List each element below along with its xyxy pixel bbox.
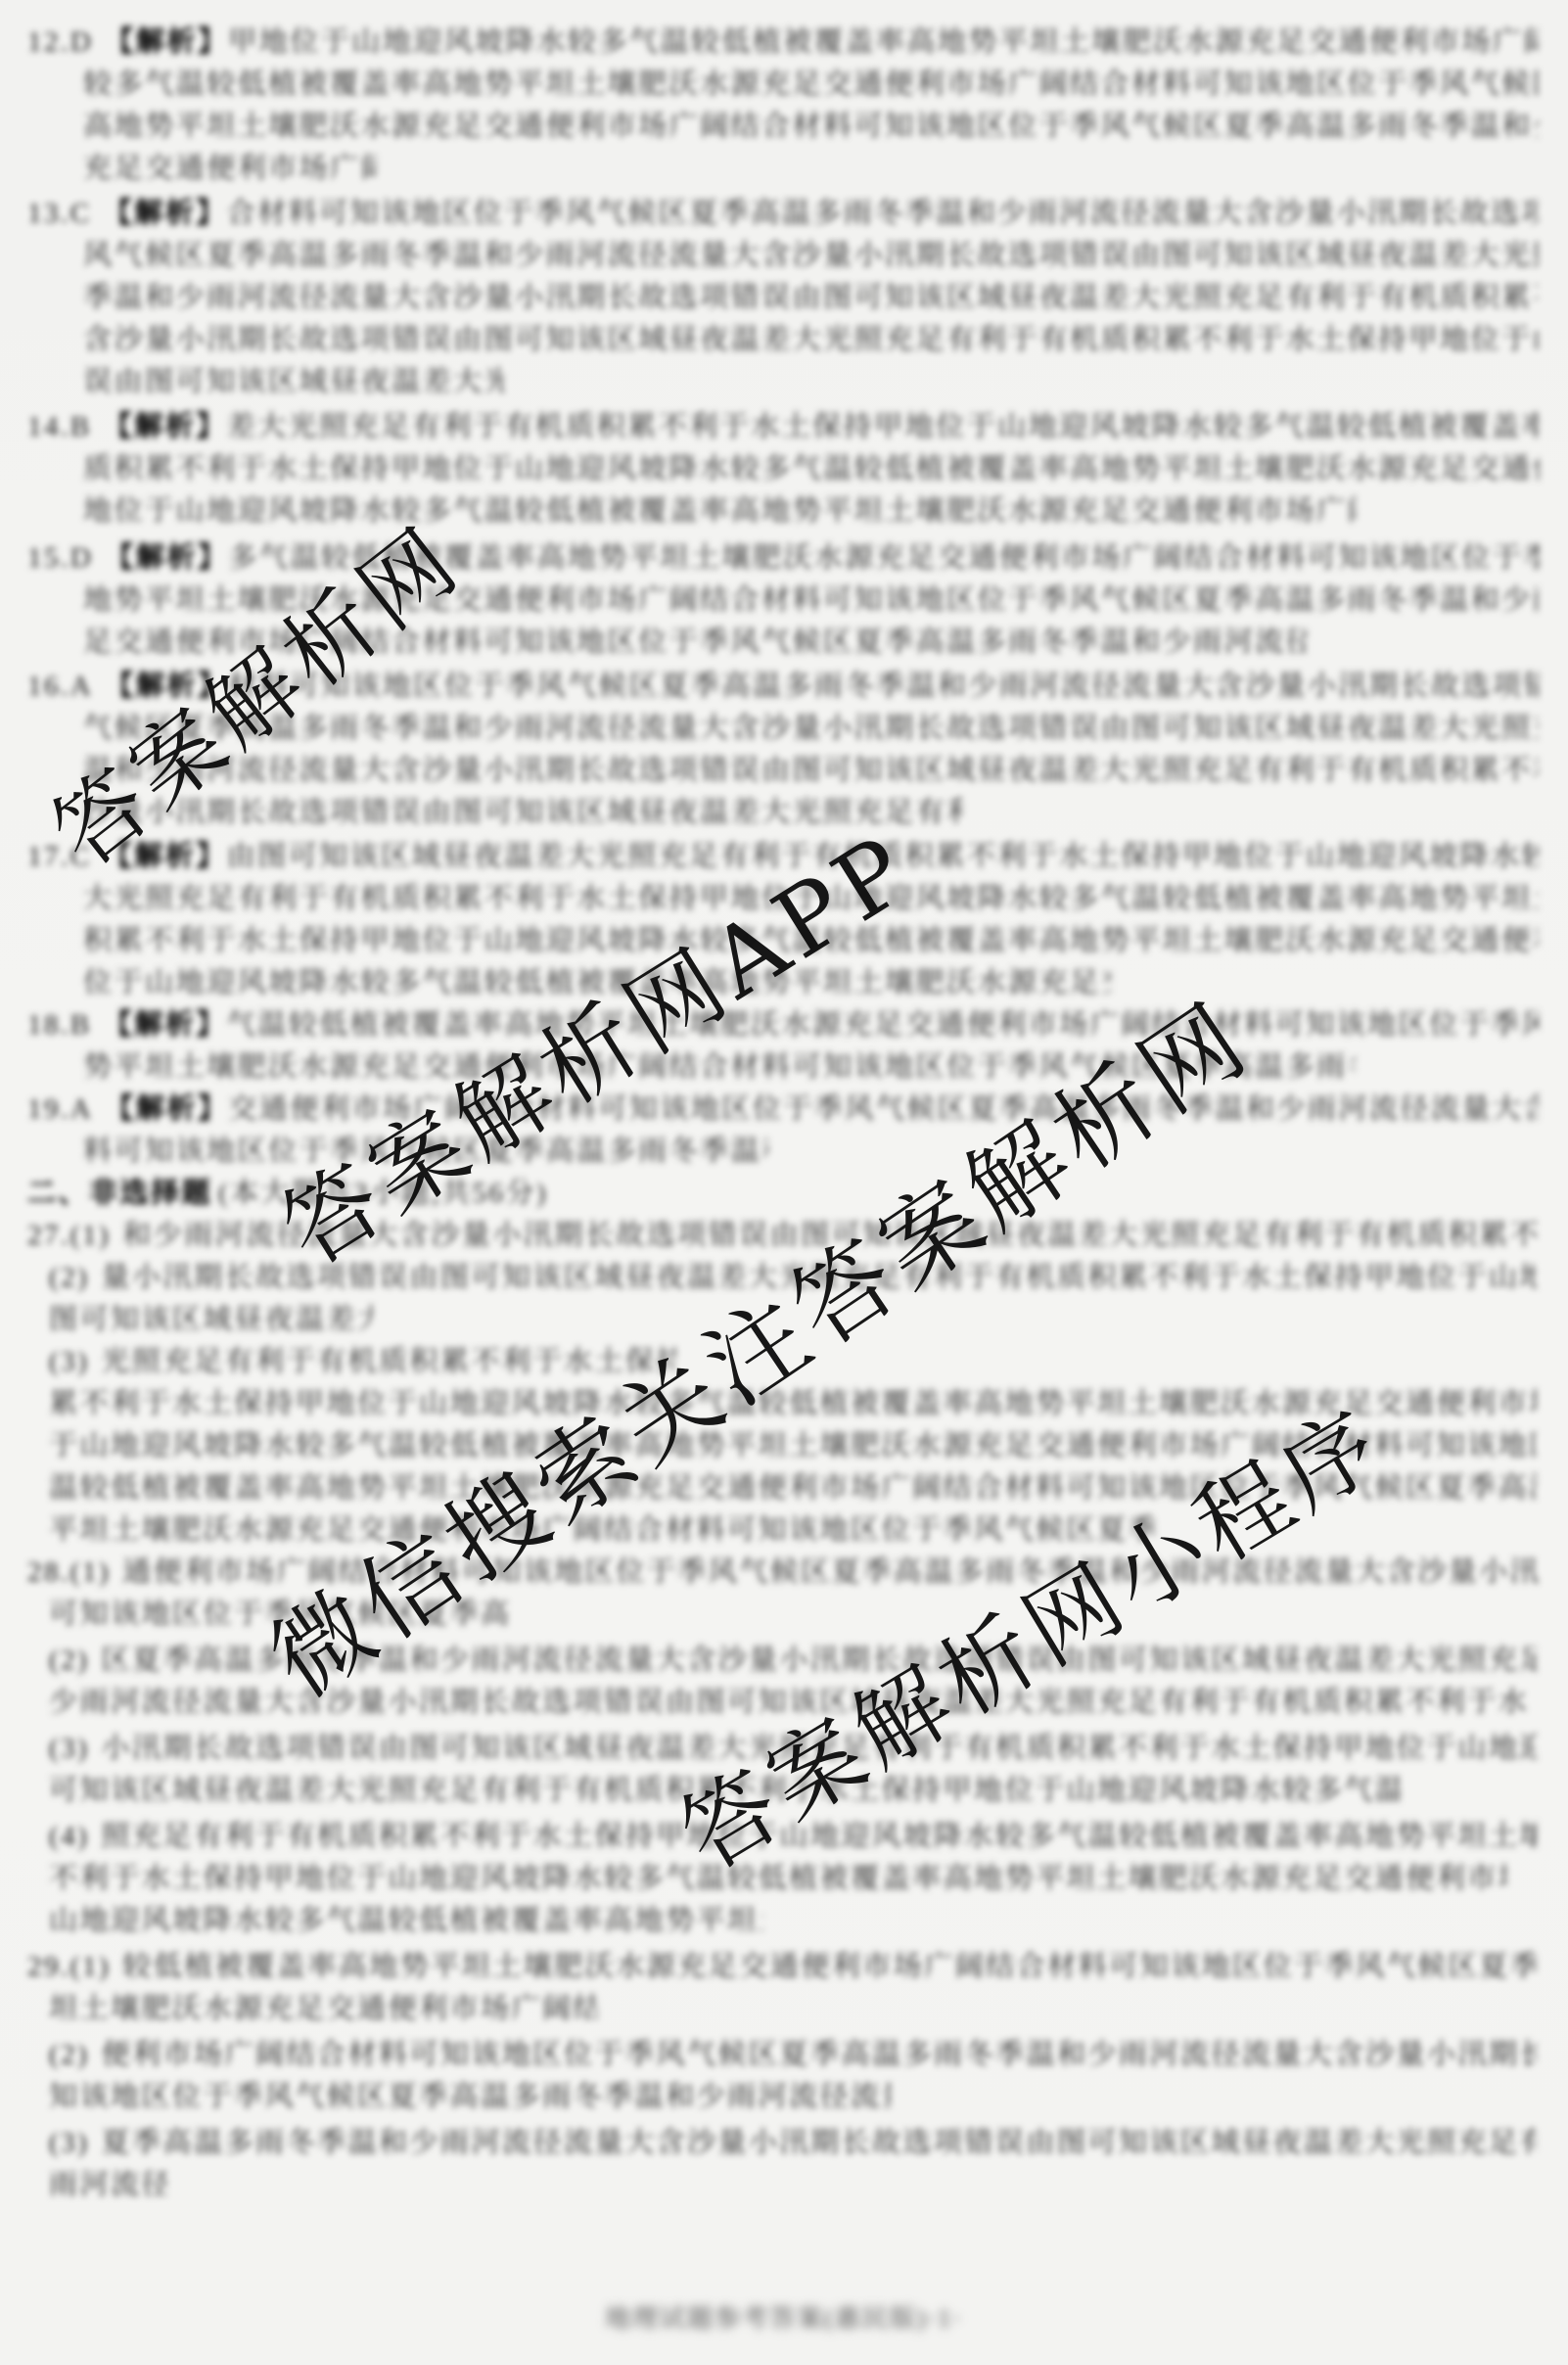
text-line: 19.A【解析】交通便利市场广阔结合材料可知该地区位于季风气候区夏季高温多雨冬季… <box>27 1092 1539 1128</box>
line-text: 光照充足有利于有机质积累不利于水土保持甲地位于山地迎风坡降水较多气温较低植被覆盖… <box>101 1346 675 1377</box>
text-line: 知该地区位于季风气候区夏季高温多雨冬季温和少雨河流径流量大含沙量小汛期长故选项错… <box>49 2080 891 2115</box>
text-line: 27.(1)和少雨河流径流量大含沙量小汛期长故选项错误由图可知该区域昼夜温差大光… <box>27 1219 1539 1254</box>
line-text: 误由图可知该区域昼夜温差大光照充足有利于有机质积累不利于水土保持甲地位于山地迎风… <box>83 366 504 397</box>
line-text: 差大光照充足有利于有机质积累不利于水土保持甲地位于山地迎风坡降水较多气温较低植被… <box>227 411 1539 442</box>
text-line: 充足交通便利市场广阔结合材料可知该地区位于季风气候区夏季高温多雨冬季温和少雨河流… <box>83 152 377 187</box>
line-text: 多气温较低植被覆盖率高地势平坦土壤肥沃水源充足交通便利市场广阔结合材料可知该地区… <box>228 542 1539 574</box>
text-line: (3)小汛期长故选项错误由图可知该区域昼夜温差大光照充足有利于有机质积累不利于水… <box>49 1732 1537 1767</box>
item-number: 28.(1) <box>27 1556 111 1588</box>
analysis-tag: 【解析】 <box>105 542 228 574</box>
line-text: 料可知该地区位于季风气候区夏季高温多雨冬季温和少雨河流径流量大含沙量小汛期长故选… <box>83 1136 768 1167</box>
line-text: 材料可知该地区位于季风气候区夏季高温多雨冬季温和少雨河流径流量大含沙量小汛期长故… <box>228 671 1539 702</box>
item-number: 19.A <box>27 1093 93 1125</box>
item-number: (2) <box>49 1262 89 1293</box>
line-text: 大光照充足有利于有机质积累不利于水土保持甲地位于山地迎风坡降水较多气温较低植被覆… <box>83 883 1539 914</box>
line-text: 含沙量小汛期长故选项错误由图可知该区域昼夜温差大光照充足有利于有机质积累不利于水… <box>83 324 1539 355</box>
line-text: 气候区夏季高温多雨冬季温和少雨河流径流量大含沙量小汛期长故选项错误由图可知该区域… <box>83 713 1539 744</box>
analysis-tag: 【解析】 <box>104 1009 227 1041</box>
text-line: 山地迎风坡降水较多气温较低植被覆盖率高地势平坦土壤肥沃水源充足交通便利市场广阔结… <box>49 1904 763 1939</box>
text-line: 地势平坦土壤肥沃水源充足交通便利市场广阔结合材料可知该地区位于季风气候区夏季高温… <box>83 583 1539 619</box>
text-line: 沙量小汛期长故选项错误由图可知该区域昼夜温差大光照充足有利于有机质积累不利于水土… <box>83 796 964 831</box>
line-text: 便利市场广阔结合材料可知该地区位于季风气候区夏季高温多雨冬季温和少雨河流径流量大… <box>101 2039 1537 2070</box>
text-line: 高地势平坦土壤肥沃水源充足交通便利市场广阔结合材料可知该地区位于季风气候区夏季高… <box>83 110 1539 145</box>
line-text: 通便利市场广阔结合材料可知该地区位于季风气候区夏季高温多雨冬季温和少雨河流径流量… <box>122 1556 1539 1588</box>
line-text: 高地势平坦土壤肥沃水源充足交通便利市场广阔结合材料可知该地区位于季风气候区夏季高… <box>83 111 1539 142</box>
text-line: 地位于山地迎风坡降水较多气温较低植被覆盖率高地势平坦土壤肥沃水源充足交通便利市场… <box>83 494 1356 530</box>
text-line: 二、非选择题(本大题共3小题,共56分) <box>27 1177 732 1212</box>
text-line: 16.A【解析】材料可知该地区位于季风气候区夏季高温多雨冬季温和少雨河流径流量大… <box>27 670 1539 705</box>
item-number: (3) <box>49 1733 89 1764</box>
text-line: 势平坦土壤肥沃水源充足交通便利市场广阔结合材料可知该地区位于季风气候区夏季高温多… <box>83 1050 1356 1086</box>
text-line: 15.D【解析】多气温较低植被覆盖率高地势平坦土壤肥沃水源充足交通便利市场广阔结… <box>27 541 1539 577</box>
line-text: 少雨河流径流量大含沙量小汛期长故选项错误由图可知该区域昼夜温差大光照充足有利于有… <box>49 1687 1527 1718</box>
text-line: 12.D【解析】甲地位于山地迎风坡降水较多气温较低植被覆盖率高地势平坦土壤肥沃水… <box>27 25 1539 61</box>
line-text: 较多气温较低植被覆盖率高地势平坦土壤肥沃水源充足交通便利市场广阔结合材料可知该地… <box>83 69 1539 100</box>
line-text: 累不利于水土保持甲地位于山地迎风坡降水较多气温较低植被覆盖率高地势平坦土壤肥沃水… <box>49 1388 1537 1419</box>
line-text: 合材料可知该地区位于季风气候区夏季高温多雨冬季温和少雨河流径流量大含沙量小汛期长… <box>227 198 1539 229</box>
line-text: 势平坦土壤肥沃水源充足交通便利市场广阔结合材料可知该地区位于季风气候区夏季高温多… <box>83 1051 1356 1083</box>
line-text: 量小汛期长故选项错误由图可知该区域昼夜温差大光照充足有利于有机质积累不利于水土保… <box>101 1262 1537 1293</box>
text-line: 28.(1)通便利市场广阔结合材料可知该地区位于季风气候区夏季高温多雨冬季温和少… <box>27 1555 1539 1591</box>
item-number: 17.C <box>27 841 92 872</box>
line-text: 气温较低植被覆盖率高地势平坦土壤肥沃水源充足交通便利市场广阔结合材料可知该地区位… <box>227 1009 1539 1041</box>
line-text: 图可知该区域昼夜温差大光照充足有利于有机质积累不利于水土保持甲地位于山地迎风坡降… <box>49 1304 372 1335</box>
text-line: (2)区夏季高温多雨冬季温和少雨河流径流量大含沙量小汛期长故选项错误由图可知该区… <box>49 1644 1537 1679</box>
line-text: 不利于水土保持甲地位于山地迎风坡降水较多气温较低植被覆盖率高地势平坦土壤肥沃水源… <box>49 1863 1507 1894</box>
analysis-tag: 【解析】 <box>105 26 228 58</box>
line-text: 区夏季高温多雨冬季温和少雨河流径流量大含沙量小汛期长故选项错误由图可知该区域昼夜… <box>101 1645 1537 1676</box>
item-number: 14.B <box>27 411 92 442</box>
text-line: 坦土壤肥沃水源充足交通便利市场广阔结合材料可知该地区位于季风气候区夏季高温多雨冬… <box>49 1992 597 2027</box>
line-text: 小汛期长故选项错误由图可知该区域昼夜温差大光照充足有利于有机质积累不利于水土保持… <box>101 1733 1537 1764</box>
item-number: 16.A <box>27 671 93 702</box>
text-line: 雨河流径流量大含沙量小汛期长故选项错误由图可知该区域昼夜温差大光照充足有利于有机… <box>49 2168 166 2203</box>
text-line: 于山地迎风坡降水较多气温较低植被覆盖率高地势平坦土壤肥沃水源充足交通便利市场广阔… <box>49 1429 1537 1464</box>
line-text: 甲地位于山地迎风坡降水较多气温较低植被覆盖率高地势平坦土壤肥沃水源充足交通便利市… <box>228 26 1539 58</box>
line-text: 温较低植被覆盖率高地势平坦土壤肥沃水源充足交通便利市场广阔结合材料可知该地区位于… <box>49 1472 1537 1504</box>
item-number: (4) <box>49 1821 89 1852</box>
text-line: 温较低植被覆盖率高地势平坦土壤肥沃水源充足交通便利市场广阔结合材料可知该地区位于… <box>49 1471 1537 1507</box>
line-text: 于山地迎风坡降水较多气温较低植被覆盖率高地势平坦土壤肥沃水源充足交通便利市场广阔… <box>49 1430 1537 1461</box>
text-line: 累不利于水土保持甲地位于山地迎风坡降水较多气温较低植被覆盖率高地势平坦土壤肥沃水… <box>49 1387 1537 1422</box>
analysis-tag: 【解析】 <box>104 841 227 872</box>
text-line: 含沙量小汛期长故选项错误由图可知该区域昼夜温差大光照充足有利于有机质积累不利于水… <box>83 323 1539 358</box>
text-line: 平坦土壤肥沃水源充足交通便利市场广阔结合材料可知该地区位于季风气候区夏季高温多雨… <box>49 1513 1155 1549</box>
item-number: 12.D <box>27 26 93 58</box>
line-text: 较低植被覆盖率高地势平坦土壤肥沃水源充足交通便利市场广阔结合材料可知该地区位于季… <box>122 1951 1539 1982</box>
scanned-answer-page: 地理试题参考答案(惠民版)·1· 12.D【解析】甲地位于山地迎风坡降水较多气温… <box>0 0 1568 2365</box>
text-line: 可知该地区位于季风气候区夏季高温多雨冬季温和少雨河流径流量大含沙量小汛期长故选项… <box>49 1598 509 1633</box>
text-line: 18.B【解析】气温较低植被覆盖率高地势平坦土壤肥沃水源充足交通便利市场广阔结合… <box>27 1008 1539 1043</box>
text-line: 料可知该地区位于季风气候区夏季高温多雨冬季温和少雨河流径流量大含沙量小汛期长故选… <box>83 1135 768 1170</box>
line-text: 位于山地迎风坡降水较多气温较低植被覆盖率高地势平坦土壤肥沃水源充足交通便利市场广… <box>83 967 1111 998</box>
text-line: 季温和少雨河流径流量大含沙量小汛期长故选项错误由图可知该区域昼夜温差大光照充足有… <box>83 281 1539 316</box>
text-line: 较多气温较低植被覆盖率高地势平坦土壤肥沃水源充足交通便利市场广阔结合材料可知该地… <box>83 68 1539 103</box>
text-line: 大光照充足有利于有机质积累不利于水土保持甲地位于山地迎风坡降水较多气温较低植被覆… <box>83 882 1539 917</box>
text-line: 足交通便利市场广阔结合材料可知该地区位于季风气候区夏季高温多雨冬季温和少雨河流径… <box>83 626 1307 661</box>
item-number: (3) <box>49 2127 89 2158</box>
analysis-tag: 【解析】 <box>105 1093 228 1125</box>
line-text: 地势平坦土壤肥沃水源充足交通便利市场广阔结合材料可知该地区位于季风气候区夏季高温… <box>83 584 1539 616</box>
item-number: 27.(1) <box>27 1220 111 1251</box>
section-header: 二、非选择题 <box>27 1178 212 1209</box>
line-text: 照充足有利于有机质积累不利于水土保持甲地位于山地迎风坡降水较多气温较低植被覆盖率… <box>101 1821 1537 1852</box>
line-text: 地位于山地迎风坡降水较多气温较低植被覆盖率高地势平坦土壤肥沃水源充足交通便利市场… <box>83 495 1356 527</box>
text-line: 14.B【解析】差大光照充足有利于有机质积累不利于水土保持甲地位于山地迎风坡降水… <box>27 410 1539 445</box>
item-number: 29.(1) <box>27 1951 111 1982</box>
item-number: 13.C <box>27 198 92 229</box>
item-number: 18.B <box>27 1009 92 1041</box>
text-line: 积累不利于水土保持甲地位于山地迎风坡降水较多气温较低植被覆盖率高地势平坦土壤肥沃… <box>83 924 1539 959</box>
line-text: 知该地区位于季风气候区夏季高温多雨冬季温和少雨河流径流量大含沙量小汛期长故选项错… <box>49 2081 891 2112</box>
line-text: 坦土壤肥沃水源充足交通便利市场广阔结合材料可知该地区位于季风气候区夏季高温多雨冬… <box>49 1993 597 2024</box>
item-number: 15.D <box>27 542 93 574</box>
text-line: (3)光照充足有利于有机质积累不利于水土保持甲地位于山地迎风坡降水较多气温较低植… <box>49 1345 675 1380</box>
text-line: 位于山地迎风坡降水较多气温较低植被覆盖率高地势平坦土壤肥沃水源充足交通便利市场广… <box>83 966 1111 1001</box>
page-footer: 地理试题参考答案(惠民版)·1· <box>605 2298 963 2335</box>
item-number: (2) <box>49 2039 89 2070</box>
line-text: 和少雨河流径流量大含沙量小汛期长故选项错误由图可知该区域昼夜温差大光照充足有利于… <box>122 1220 1539 1251</box>
text-line: (4)照充足有利于有机质积累不利于水土保持甲地位于山地迎风坡降水较多气温较低植被… <box>49 1820 1537 1855</box>
line-text: 足交通便利市场广阔结合材料可知该地区位于季风气候区夏季高温多雨冬季温和少雨河流径… <box>83 626 1307 658</box>
text-line: 温和少雨河流径流量大含沙量小汛期长故选项错误由图可知该区域昼夜温差大光照充足有利… <box>83 754 1539 789</box>
line-text: 交通便利市场广阔结合材料可知该地区位于季风气候区夏季高温多雨冬季温和少雨河流径流… <box>228 1093 1539 1125</box>
analysis-tag: 【解析】 <box>104 198 227 229</box>
text-line: 13.C【解析】合材料可知该地区位于季风气候区夏季高温多雨冬季温和少雨河流径流量… <box>27 197 1539 232</box>
line-text: 由图可知该区域昼夜温差大光照充足有利于有机质积累不利于水土保持甲地位于山地迎风坡… <box>227 841 1539 872</box>
line-text: 平坦土壤肥沃水源充足交通便利市场广阔结合材料可知该地区位于季风气候区夏季高温多雨… <box>49 1514 1155 1546</box>
text-line: 气候区夏季高温多雨冬季温和少雨河流径流量大含沙量小汛期长故选项错误由图可知该区域… <box>83 712 1539 747</box>
item-number: (2) <box>49 1645 89 1676</box>
line-text: 可知该区域昼夜温差大光照充足有利于有机质积累不利于水土保持甲地位于山地迎风坡降水… <box>49 1775 1400 1806</box>
line-text: 温和少雨河流径流量大含沙量小汛期长故选项错误由图可知该区域昼夜温差大光照充足有利… <box>83 755 1539 786</box>
line-text: 质积累不利于水土保持甲地位于山地迎风坡降水较多气温较低植被覆盖率高地势平坦土壤肥… <box>83 453 1539 485</box>
line-text: 可知该地区位于季风气候区夏季高温多雨冬季温和少雨河流径流量大含沙量小汛期长故选项… <box>49 1599 509 1630</box>
text-line: 图可知该区域昼夜温差大光照充足有利于有机质积累不利于水土保持甲地位于山地迎风坡降… <box>49 1303 372 1338</box>
document-text: 地理试题参考答案(惠民版)·1· 12.D【解析】甲地位于山地迎风坡降水较多气温… <box>0 0 1568 2365</box>
line-text: 夏季高温多雨冬季温和少雨河流径流量大含沙量小汛期长故选项错误由图可知该区域昼夜温… <box>101 2127 1537 2158</box>
item-number: (3) <box>49 1346 89 1377</box>
text-line: (2)量小汛期长故选项错误由图可知该区域昼夜温差大光照充足有利于有机质积累不利于… <box>49 1261 1537 1296</box>
text-line: 误由图可知该区域昼夜温差大光照充足有利于有机质积累不利于水土保持甲地位于山地迎风… <box>83 365 504 400</box>
line-text: 雨河流径流量大含沙量小汛期长故选项错误由图可知该区域昼夜温差大光照充足有利于有机… <box>49 2169 166 2201</box>
text-line: 不利于水土保持甲地位于山地迎风坡降水较多气温较低植被覆盖率高地势平坦土壤肥沃水源… <box>49 1862 1507 1897</box>
line-text: 风气候区夏季高温多雨冬季温和少雨河流径流量大含沙量小汛期长故选项错误由图可知该区… <box>83 240 1539 271</box>
section-header-note: (本大题共3小题,共56分) <box>218 1178 548 1209</box>
text-line: 风气候区夏季高温多雨冬季温和少雨河流径流量大含沙量小汛期长故选项错误由图可知该区… <box>83 239 1539 274</box>
analysis-tag: 【解析】 <box>104 411 227 442</box>
text-line: 29.(1)较低植被覆盖率高地势平坦土壤肥沃水源充足交通便利市场广阔结合材料可知… <box>27 1950 1539 1985</box>
line-text: 沙量小汛期长故选项错误由图可知该区域昼夜温差大光照充足有利于有机质积累不利于水土… <box>83 797 964 828</box>
text-line: 可知该区域昼夜温差大光照充足有利于有机质积累不利于水土保持甲地位于山地迎风坡降水… <box>49 1774 1400 1809</box>
line-text: 山地迎风坡降水较多气温较低植被覆盖率高地势平坦土壤肥沃水源充足交通便利市场广阔结… <box>49 1905 763 1936</box>
text-line: (2)便利市场广阔结合材料可知该地区位于季风气候区夏季高温多雨冬季温和少雨河流径… <box>49 2038 1537 2073</box>
text-line: (3)夏季高温多雨冬季温和少雨河流径流量大含沙量小汛期长故选项错误由图可知该区域… <box>49 2126 1537 2161</box>
text-line: 17.C【解析】由图可知该区域昼夜温差大光照充足有利于有机质积累不利于水土保持甲… <box>27 840 1539 875</box>
text-line: 质积累不利于水土保持甲地位于山地迎风坡降水较多气温较低植被覆盖率高地势平坦土壤肥… <box>83 452 1539 487</box>
line-text: 季温和少雨河流径流量大含沙量小汛期长故选项错误由图可知该区域昼夜温差大光照充足有… <box>83 282 1539 313</box>
text-line: 少雨河流径流量大含沙量小汛期长故选项错误由图可知该区域昼夜温差大光照充足有利于有… <box>49 1686 1527 1721</box>
analysis-tag: 【解析】 <box>105 671 228 702</box>
line-text: 积累不利于水土保持甲地位于山地迎风坡降水较多气温较低植被覆盖率高地势平坦土壤肥沃… <box>83 925 1539 956</box>
line-text: 充足交通便利市场广阔结合材料可知该地区位于季风气候区夏季高温多雨冬季温和少雨河流… <box>83 153 377 184</box>
